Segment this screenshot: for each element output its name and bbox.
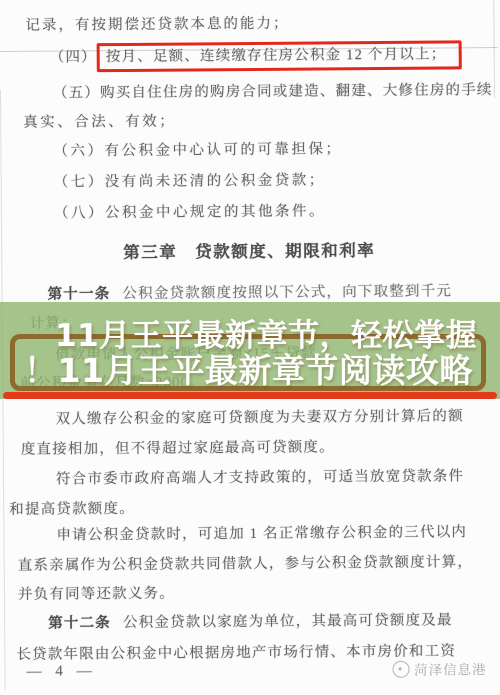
article-11-line: 第十一条公积金贷款额度按照以下公式，向下取整到千元 (47, 279, 452, 303)
clause-item-5-line1: （五）购买自住住房的购房合同或建造、翻建、大修住房的手续 (53, 78, 493, 102)
clause-item-5-line2: 真实、合法、有效； (23, 110, 176, 132)
site-watermark: ✦ 菏泽信息港 (392, 658, 487, 679)
promo-banner-title-line2: ！11月王平最新章节阅读攻略 (24, 345, 473, 392)
clause-item-4: （四）按月、足额、连续缴存住房公积金 12 个月以上； (50, 42, 462, 66)
promo-banner[interactable]: 11月王平最新章节，轻松掌握 ！11月王平最新章节阅读攻略 (0, 302, 500, 399)
paragraph-intro: 记录，有按期偿还贷款本息的能力； (25, 12, 289, 35)
article-12-line: 第十二条公积金贷款以家庭为单位，其最高可贷额度及最 (48, 608, 453, 632)
scanned-document-page: 记录，有按期偿还贷款本息的能力； （四）按月、足额、连续缴存住房公积金 12 个… (0, 0, 500, 695)
clause-item-4-prefix: （四） (50, 49, 97, 65)
watermark-label: 菏泽信息港 (414, 658, 487, 679)
clause-item-8: （八）公积金中心规定的其他条件。 (54, 199, 326, 222)
article-11-term: 第十一条 (48, 286, 111, 302)
red-highlight-box: 按月、足额、连续缴存住房公积金 12 个月以上； (97, 40, 462, 72)
promo-banner-underline (3, 392, 497, 399)
clause-item-6: （六）有公积金中心认可的可靠担保； (53, 137, 342, 160)
paragraph-talent-line2: 和提高贷款额度。 (9, 497, 135, 519)
paragraph-family-line2: 度直接相加，但不得超过家庭最高可贷额度。 (21, 435, 335, 458)
scan-edge-right (493, 0, 495, 98)
article-12-continuation: 长贷款年限由公积金中心根据房地产市场行情、本市房价和工资 (16, 639, 456, 663)
page-number: — 4 — (26, 663, 96, 681)
article-12-text: 公积金贷款以家庭为单位，其最高可贷额度及最 (123, 612, 453, 631)
paragraph-coborrower-line2: 直系亲属作为公积金贷款共同借款人，参与公积金贷款额度计算， (18, 550, 473, 575)
article-12-term: 第十二条 (48, 615, 111, 631)
paragraph-talent-line1: 符合市委市政府高端人才支持政策的，可适当放宽贷款条件 (56, 464, 464, 488)
watermark-logo-icon: ✦ (392, 660, 409, 677)
paragraph-family-line1: 双人缴存公积金的家庭可贷额度为夫妻双方分别计算后的额 (55, 404, 463, 428)
chapter-heading: 第三章 贷款额度、期限和利率 (0, 236, 499, 264)
paragraph-coborrower-line1: 申请公积金贷款时，可追加 1 名正常缴存公积金的三代以内 (56, 520, 467, 544)
clause-item-7: （七）没有尚未还清的公积金贷款； (54, 168, 326, 191)
article-11-text: 公积金贷款额度按照以下公式，向下取整到千元 (122, 283, 452, 302)
paragraph-coborrower-line3: 并负有同等还款义务。 (18, 582, 175, 604)
